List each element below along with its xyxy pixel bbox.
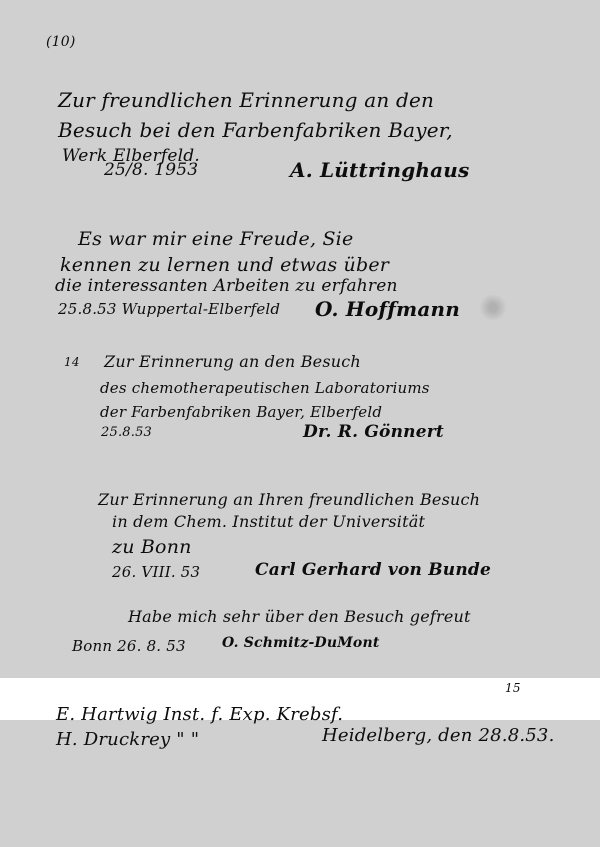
entry-4-signature: Carl Gerhard von Bunde <box>255 560 491 580</box>
entry-2-date: 25.8.53 Wuppertal-Elberfeld <box>58 300 280 318</box>
entry-6-date: Heidelberg, den 28.8.53. <box>322 725 555 746</box>
entry-2-line-1: Es war mir eine Freude, Sie <box>78 228 353 250</box>
entry-5-date: Bonn 26. 8. 53 <box>72 637 186 655</box>
entry-3-line-3: der Farbenfabriken Bayer, Elberfeld <box>100 403 382 421</box>
entry-2-line-3: die interessanten Arbeiten zu erfahren <box>55 276 398 296</box>
entry-6-line-1: E. Hartwig Inst. f. Exp. Krebsf. <box>56 704 343 725</box>
entry-3-date: 25.8.53 <box>101 425 152 440</box>
entry-4-line-1: Zur Erinnerung an Ihren freundlichen Bes… <box>98 490 480 509</box>
entry-4-date: 26. VIII. 53 <box>112 563 200 581</box>
entry-3-signature: Dr. R. Gönnert <box>303 422 444 442</box>
entry-3-line-2: des chemotherapeutischen Laboratoriums <box>100 379 430 397</box>
entry-1-date: 25/8. 1953 <box>104 160 198 180</box>
entry-3-marker: 14 <box>64 355 80 369</box>
entry-2-line-2: kennen zu lernen und etwas über <box>60 254 389 276</box>
page-number-top: (10) <box>46 34 76 50</box>
entry-1-line-2: Besuch bei den Farbenfabriken Bayer, <box>58 118 453 142</box>
entry-4-line-3: zu Bonn <box>112 536 192 558</box>
entry-5-line-1: Habe mich sehr über den Besuch gefreut <box>128 607 471 626</box>
entry-1-signature: A. Lüttringhaus <box>290 158 469 182</box>
entry-1-line-1: Zur freundlichen Erinnerung an den <box>58 88 434 112</box>
entry-6-line-2: H. Druckrey " " <box>56 729 199 750</box>
entry-4-line-2: in dem Chem. Institut der Universität <box>112 512 425 531</box>
entry-2-signature: O. Hoffmann <box>315 297 460 321</box>
entry-5-signature: O. Schmitz-DuMont <box>222 635 380 651</box>
page-number-bottom: 15 <box>505 681 521 695</box>
scan-speckle <box>478 295 508 320</box>
entry-3-line-1: Zur Erinnerung an den Besuch <box>104 352 361 371</box>
